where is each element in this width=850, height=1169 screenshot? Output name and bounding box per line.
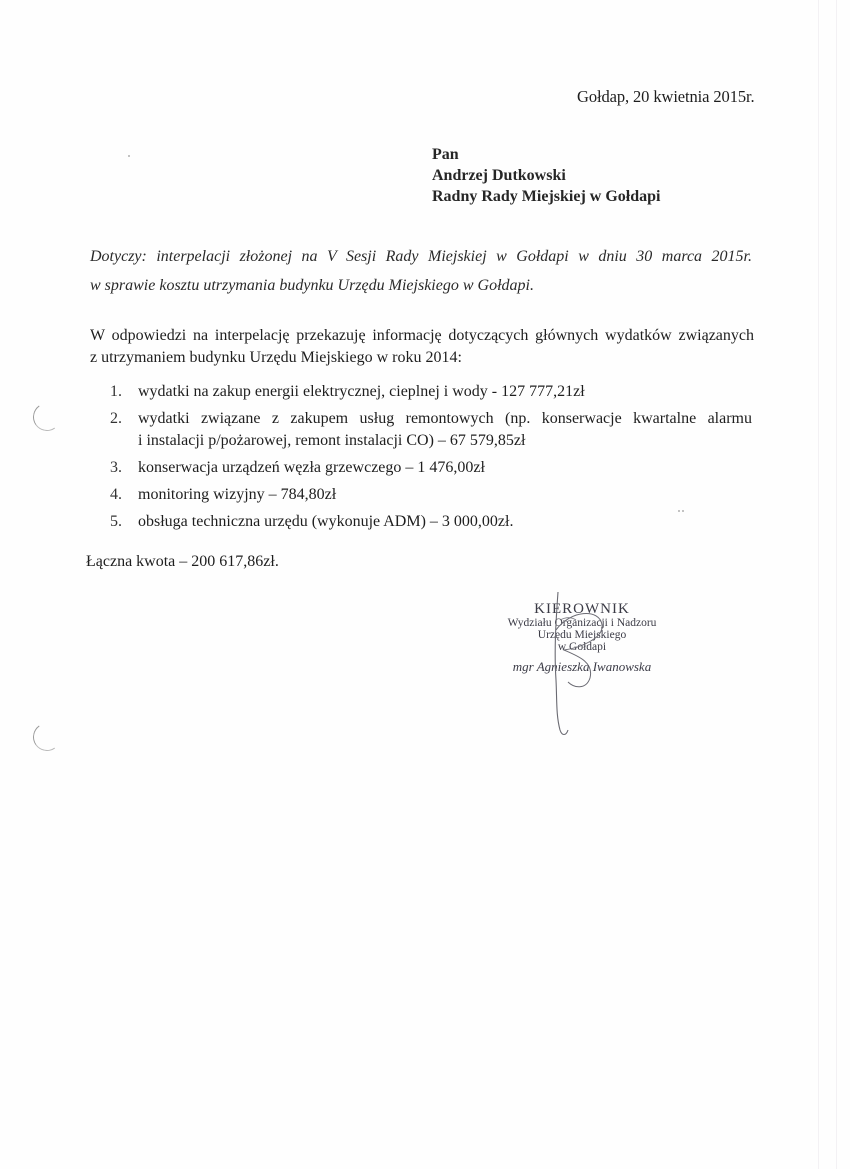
subject-line-2: w sprawie kosztu utrzymania budynku Urzę… (90, 277, 534, 294)
expense-number: 4. (110, 484, 138, 506)
expense-line: monitoring wizyjny – 784,80zł (138, 486, 336, 503)
scan-edge-line (818, 0, 819, 1169)
scan-speck (128, 155, 130, 157)
expense-item: 2. wydatki związane z zakupem usług remo… (110, 408, 752, 452)
expense-line: wydatki związane z zakupem usług remonto… (138, 408, 752, 430)
expense-item: 5. obsługa techniczna urzędu (wykonuje A… (110, 511, 752, 533)
scan-speck (682, 510, 684, 512)
addressee-block: Pan Andrzej Dutkowski Radny Rady Miejski… (432, 144, 660, 207)
expense-item: 4. monitoring wizyjny – 784,80zł (110, 484, 752, 506)
expense-description: konserwacja urządzeń węzła grzewczego – … (138, 457, 752, 479)
expense-number: 5. (110, 511, 138, 533)
intro-line-2: z utrzymaniem budynku Urzędu Miejskiego … (90, 349, 462, 366)
stamp-signatory-name: mgr Agnieszka Iwanowska (492, 658, 672, 676)
scan-speck (678, 510, 680, 512)
expense-item: 3. konserwacja urządzeń węzła grzewczego… (110, 457, 752, 479)
stamp-city: w Gołdapi (492, 641, 672, 653)
expense-line: konserwacja urządzeń węzła grzewczego – … (138, 459, 485, 476)
stamp-title: KIEROWNIK (492, 601, 672, 617)
subject-line-1: Dotyczy: interpelacji złożonej na V Sesj… (90, 242, 752, 271)
expense-description: wydatki związane z zakupem usług remonto… (138, 408, 752, 452)
subject-block: Dotyczy: interpelacji złożonej na V Sesj… (90, 242, 752, 300)
expense-line: obsługa techniczna urzędu (wykonuje ADM)… (138, 513, 513, 530)
stamp-office: Urzędu Miejskiego (492, 629, 672, 641)
punch-hole-mark (31, 401, 63, 433)
total-amount: Łączna kwota – 200 617,86zł. (86, 553, 279, 571)
expense-number: 1. (110, 381, 138, 403)
intro-paragraph: W odpowiedzi na interpelację przekazuję … (90, 325, 754, 369)
expense-description: obsługa techniczna urzędu (wykonuje ADM)… (138, 511, 752, 533)
expense-number: 3. (110, 457, 138, 479)
expense-description: monitoring wizyjny – 784,80zł (138, 484, 752, 506)
scan-edge-line (836, 0, 837, 1169)
scanned-letter-page: Gołdap, 20 kwietnia 2015r. Pan Andrzej D… (0, 0, 850, 1169)
addressee-salutation: Pan (432, 144, 660, 165)
expense-number: 2. (110, 408, 138, 452)
addressee-title: Radny Rady Miejskiej w Gołdapi (432, 186, 660, 207)
place-and-date: Gołdap, 20 kwietnia 2015r. (577, 87, 755, 107)
stamp-department: Wydziału Organizacji i Nadzoru (492, 617, 672, 629)
punch-hole-mark (31, 721, 63, 753)
expense-line: wydatki na zakup energii elektrycznej, c… (138, 383, 585, 400)
intro-line-1: W odpowiedzi na interpelację przekazuję … (90, 325, 754, 347)
expense-description: wydatki na zakup energii elektrycznej, c… (138, 381, 752, 403)
addressee-name: Andrzej Dutkowski (432, 165, 660, 186)
expense-list: 1. wydatki na zakup energii elektrycznej… (110, 381, 752, 538)
expense-item: 1. wydatki na zakup energii elektrycznej… (110, 381, 752, 403)
expense-line: i instalacji p/pożarowej, remont instala… (138, 432, 525, 449)
official-stamp: KIEROWNIK Wydziału Organizacji i Nadzoru… (492, 601, 672, 676)
